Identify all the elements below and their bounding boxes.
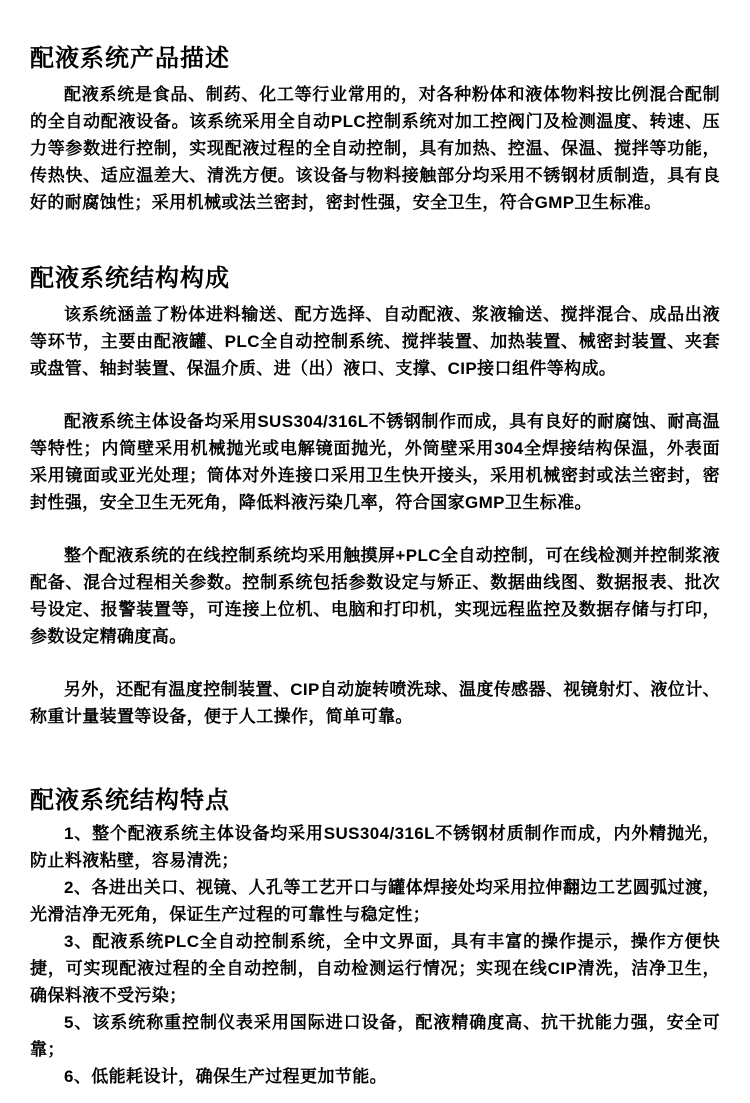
product-description-title: 配液系统产品描述 <box>30 44 720 74</box>
feature-item-2: 2、各进出关口、视镜、人孔等工艺开口与罐体焊接处均采用拉伸翻边工艺圆弧过渡，光滑… <box>30 874 720 928</box>
composition-paragraph-overview: 该系统涵盖了粉体进料输送、配方选择、自动配液、浆液输送、搅拌混合、成品出液等环节… <box>30 301 720 382</box>
structure-features-title: 配液系统结构特点 <box>30 786 720 816</box>
feature-item-5: 5、该系统称重控制仪表采用国际进口设备，配液精确度高、抗干扰能力强，安全可靠； <box>30 1009 720 1063</box>
section-structure-composition: 配液系统结构构成 该系统涵盖了粉体进料输送、配方选择、自动配液、浆液输送、搅拌混… <box>30 264 720 730</box>
feature-item-1: 1、整个配液系统主体设备均采用SUS304/316L不锈钢材质制作而成，内外精抛… <box>30 820 720 874</box>
feature-item-6: 6、低能耗设计，确保生产过程更加节能。 <box>30 1063 720 1090</box>
product-description-paragraph: 配液系统是食品、制药、化工等行业常用的，对各种粉体和液体物料按比例混合配制的全自… <box>30 81 720 216</box>
structure-composition-title: 配液系统结构构成 <box>30 264 720 294</box>
composition-paragraph-control-system: 整个配液系统的在线控制系统均采用触摸屏+PLC全自动控制，可在线检测并控制浆液配… <box>30 542 720 650</box>
composition-paragraph-materials: 配液系统主体设备均采用SUS304/316L不锈钢制作而成，具有良好的耐腐蚀、耐… <box>30 408 720 516</box>
section-structure-features: 配液系统结构特点 1、整个配液系统主体设备均采用SUS304/316L不锈钢材质… <box>30 786 720 1090</box>
composition-paragraph-accessories: 另外，还配有温度控制装置、CIP自动旋转喷洗球、温度传感器、视镜射灯、液位计、称… <box>30 676 720 730</box>
section-product-description: 配液系统产品描述 配液系统是食品、制药、化工等行业常用的，对各种粉体和液体物料按… <box>30 44 720 216</box>
feature-item-3: 3、配液系统PLC全自动控制系统，全中文界面，具有丰富的操作提示，操作方便快捷，… <box>30 928 720 1009</box>
document-page: 配液系统产品描述 配液系统是食品、制药、化工等行业常用的，对各种粉体和液体物料按… <box>0 0 750 1103</box>
